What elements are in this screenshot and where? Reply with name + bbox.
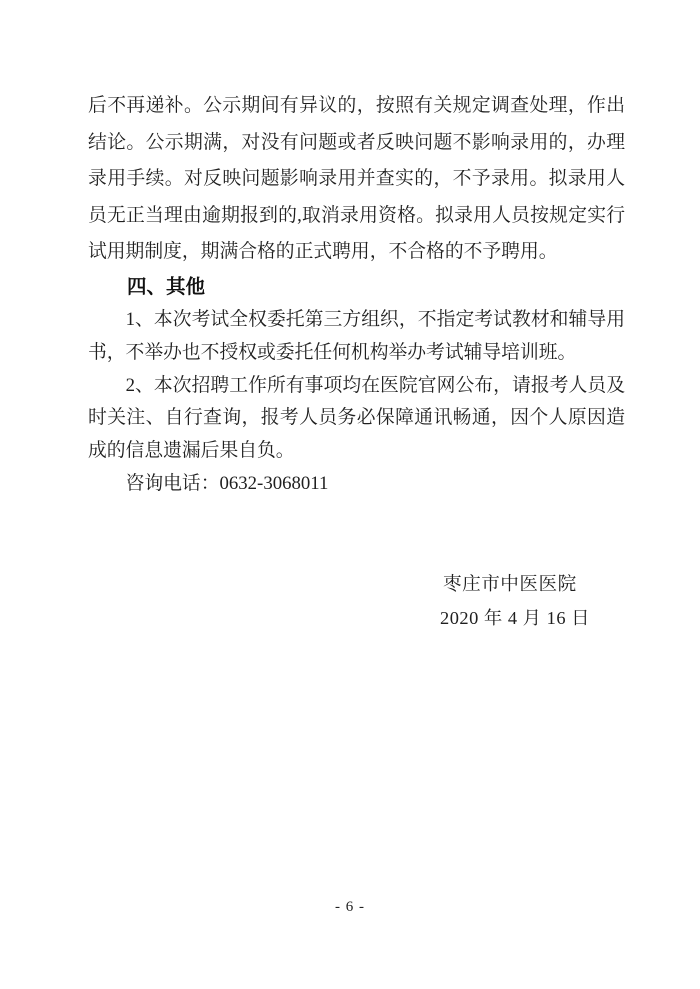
- contact-phone-line: 咨询电话：0632-3068011: [88, 468, 625, 501]
- signature-date: 2020 年 4 月 16 日: [440, 607, 590, 629]
- document-page: 后不再递补。公示期间有异议的，按照有关规定调查处理，作出结论。公示期满，对没有问…: [0, 0, 700, 989]
- document-content: 后不再递补。公示期间有异议的，按照有关规定调查处理，作出结论。公示期满，对没有问…: [88, 88, 625, 501]
- numbered-item-1: 1、本次考试全权委托第三方组织，不指定考试教材和辅导用书，不举办也不授权或委托任…: [88, 304, 625, 370]
- paragraph-continuation: 后不再递补。公示期间有异议的，按照有关规定调查处理，作出结论。公示期满，对没有问…: [88, 88, 625, 271]
- signature-organization: 枣庄市中医医院: [443, 574, 577, 596]
- numbered-item-2: 2、本次招聘工作所有事项均在医院官网公布，请报考人员及时关注、自行查询，报考人员…: [88, 370, 625, 468]
- section-heading: 四、其他: [88, 271, 625, 304]
- page-number: - 6 -: [0, 898, 700, 918]
